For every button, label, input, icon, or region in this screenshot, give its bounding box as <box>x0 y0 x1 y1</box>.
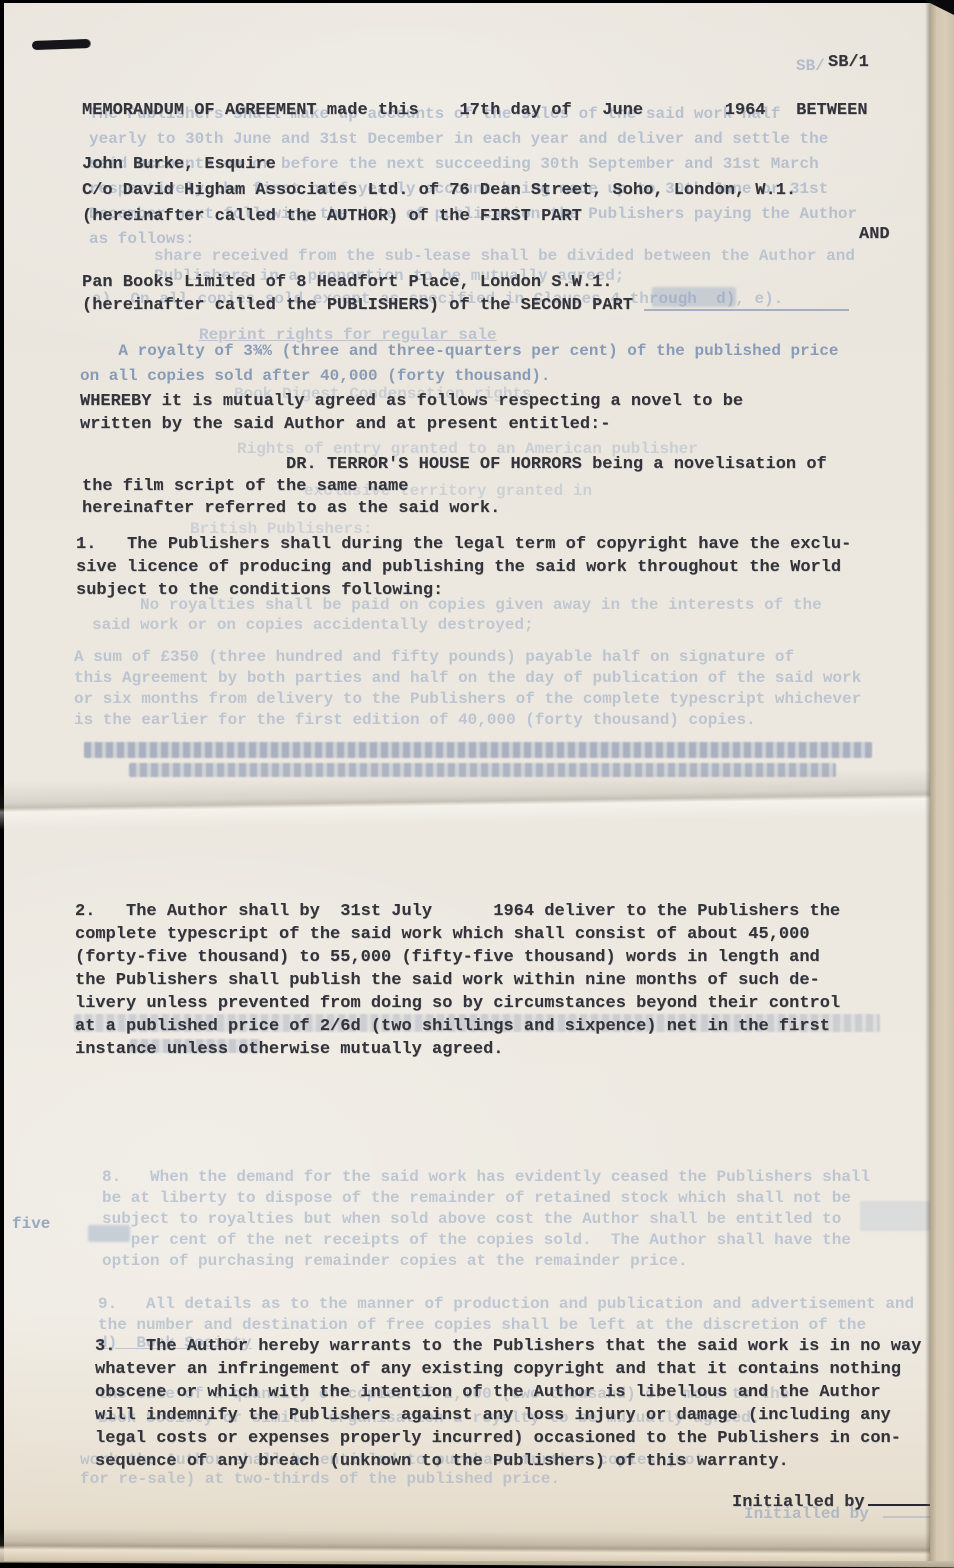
corner-ref: SB/1 <box>828 51 869 74</box>
publisher-block: Pan Books Limited of 8 Headfort Place, L… <box>82 271 633 317</box>
ghost-highlight-blob <box>652 287 736 307</box>
whereby-block: WHEREBY it is mutually agreed as follows… <box>80 390 743 436</box>
ghost-redacted-word-blob <box>88 1225 130 1242</box>
ghost-advance-sum-paragraph: A sum of £350 (three hundred and fifty p… <box>74 647 861 731</box>
clause-3: 3. The Author hereby warrants to the Pub… <box>95 1335 921 1473</box>
underlying-page-edge <box>930 3 954 1561</box>
initialled-label: Initialled by <box>732 1493 865 1512</box>
pen-dash-mark <box>32 39 90 50</box>
work-title-block: DR. TERROR'S HOUSE OF HORRORS being a no… <box>82 454 827 520</box>
paper: SB/ The Publishers shall make up account… <box>4 3 954 1561</box>
initialled-line: Initialled by <box>732 1489 954 1514</box>
ghost-clause8-paragraph: 8. When the demand for the said work has… <box>102 1167 870 1272</box>
redaction-strip-1 <box>84 742 872 758</box>
margin-note-five: five <box>12 1214 50 1235</box>
and-separator: AND <box>859 223 890 246</box>
document-scan: SB/ The Publishers shall make up account… <box>0 0 954 1568</box>
ghost-corner-ref: SB/ <box>796 56 825 77</box>
author-block: John Burke, EsquireC/o David Higham Asso… <box>82 152 796 230</box>
redaction-strip-2 <box>129 763 836 777</box>
paper-crease-middle <box>0 768 954 831</box>
memo-opening-line: MEMORANDUM OF AGREEMENT made this 17th d… <box>82 99 868 122</box>
paper-crease-bottom <box>0 1528 954 1567</box>
clause-1: 1. The Publishers shall during the legal… <box>76 533 851 602</box>
ghost-royalty-paragraph: A royalty of 3¾% (three and three-quarte… <box>80 339 839 389</box>
clause-2: 2. The Author shall by 31st July 1964 de… <box>75 900 840 1061</box>
ghost-underline <box>644 309 849 311</box>
ghost-clause9-paragraph: 9. All details as to the manner of produ… <box>98 1294 914 1336</box>
